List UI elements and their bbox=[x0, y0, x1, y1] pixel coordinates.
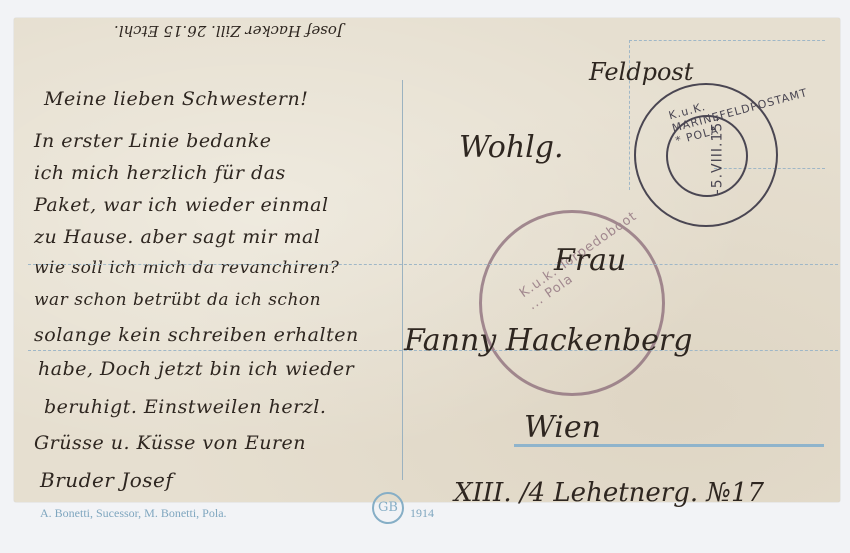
recipient-name: Fanny Hackenberg bbox=[404, 323, 692, 358]
recipient-title: Frau bbox=[554, 243, 626, 278]
message-line: wie soll ich mich da revanchiren? bbox=[34, 258, 339, 278]
address-line-1 bbox=[28, 264, 838, 265]
print-year: 1914 bbox=[410, 506, 434, 521]
message-line: zu Hause. aber sagt mir mal bbox=[34, 226, 320, 248]
recipient-city: Wien bbox=[524, 410, 601, 445]
message-line: ich mich herzlich für das bbox=[34, 162, 286, 184]
message-line: solange kein schreiben erhalten bbox=[34, 324, 359, 346]
stamp-box-top bbox=[629, 40, 825, 41]
fieldpost-postmark: K.u.K. MARINEFELDPOSTAMT * POLA -5.VIII.… bbox=[634, 83, 778, 227]
postmark-date: -5.VIII.15- bbox=[709, 116, 725, 195]
message-line: In erster Linie bedanke bbox=[34, 130, 272, 152]
message-line: war schon betrübt da ich schon bbox=[34, 290, 321, 310]
message-line: Grüsse u. Küsse von Euren bbox=[34, 432, 306, 454]
printer-imprint: A. Bonetti, Sucessor, M. Bonetti, Pola. bbox=[40, 506, 227, 521]
signature: Bruder Josef bbox=[40, 468, 173, 492]
printer-logo-icon: GB bbox=[372, 492, 404, 524]
message-line: habe, Doch jetzt bin ich wieder bbox=[38, 358, 354, 380]
feldpost-label: Feldpost bbox=[589, 58, 693, 86]
unit-stamp: K.u.k. Torpedoboot ... Pola bbox=[479, 210, 665, 396]
salutation: Wohlg. bbox=[459, 130, 564, 165]
message-line: Meine lieben Schwestern! bbox=[44, 88, 308, 110]
postcard: Josef Hacker Zill. 26.15 Etchl. Meine li… bbox=[14, 18, 840, 502]
upside-down-note: Josef Hacker Zill. 26.15 Etchl. bbox=[114, 22, 343, 40]
message-line: Paket, war ich wieder einmal bbox=[34, 194, 329, 216]
message-line: beruhigt. Einstweilen herzl. bbox=[44, 396, 326, 418]
recipient-street: XIII. /4 Lehetnerg. №17 bbox=[454, 478, 764, 508]
center-divider-line bbox=[402, 80, 403, 480]
